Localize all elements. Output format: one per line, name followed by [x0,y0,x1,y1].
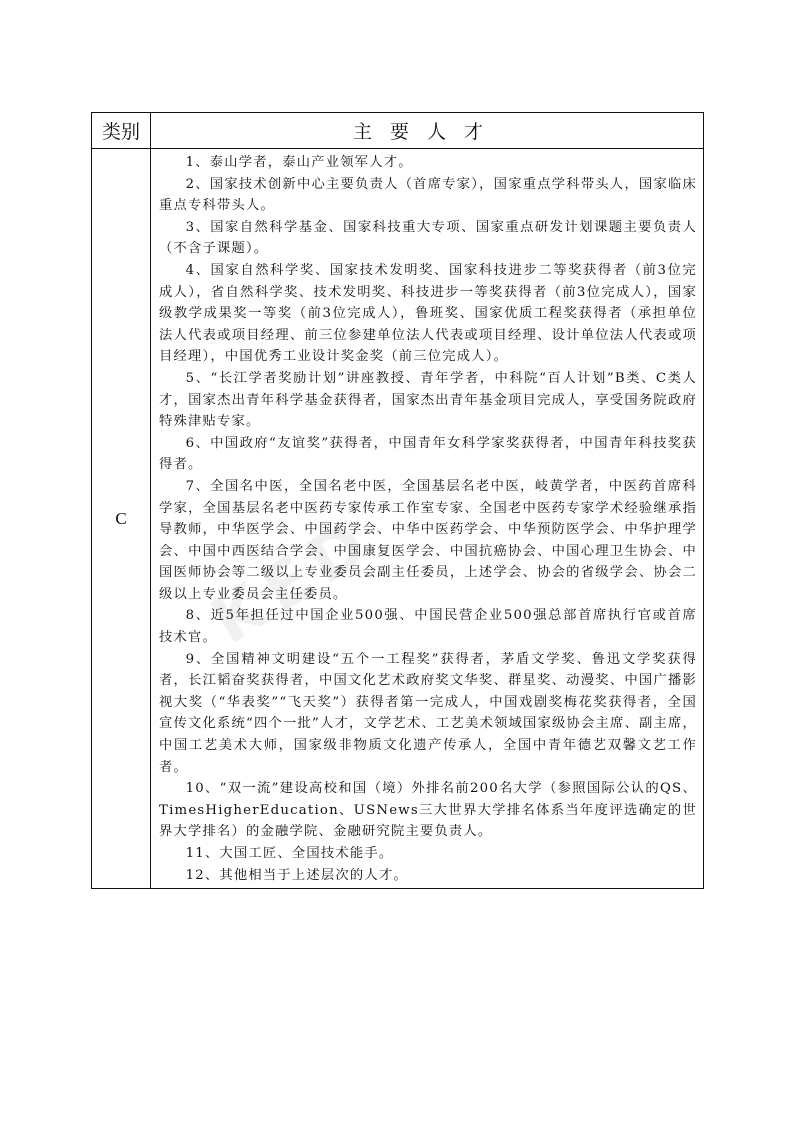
talent-item: 8、近5年担任过中国企业500强、中国民营企业500强总部首席执行官或首席技术官… [159,605,697,648]
table-row: C 1、泰山学者，泰山产业领军人才。 2、国家技术创新中心主要负责人（首席专家）… [92,149,704,889]
talent-item: 9、全国精神文明建设“五个一工程奖”获得者，茅盾文学奖、鲁迅文学奖获得者，长江韬… [159,649,697,779]
talent-item: 12、其他相当于上述层次的人才。 [159,865,697,887]
talent-item: 1、泰山学者，泰山产业领军人才。 [159,152,697,174]
header-main-talent: 主要人才 [151,113,704,149]
talent-category-table: 类别 主要人才 C 1、泰山学者，泰山产业领军人才。 2、国家技术创新中心主要负… [91,112,704,889]
talent-item: 5、“长江学者奖励计划”讲座教授、青年学者，中科院“百人计划”B类、C类人才，国… [159,368,697,433]
category-cell: C [92,149,151,889]
talent-item: 10、“双一流”建设高校和国（境）外排名前200名大学（参照国际公认的QS、Ti… [159,778,697,843]
talent-item: 7、全国名中医，全国名老中医，全国基层名老中医，岐黄学者，中医药首席科学家，全国… [159,476,697,606]
table-header-row: 类别 主要人才 [92,113,704,149]
talent-item: 2、国家技术创新中心主要负责人（首席专家），国家重点学科带头人，国家临床重点专科… [159,174,697,217]
talent-item: 11、大国工匠、全国技术能手。 [159,843,697,865]
document-page: 类别 主要人才 C 1、泰山学者，泰山产业领军人才。 2、国家技术创新中心主要负… [0,0,793,1122]
talent-item: 4、国家自然科学奖、国家技术发明奖、国家科技进步二等奖获得者（前3位完成人），省… [159,260,697,368]
talent-item: 3、国家自然科学基金、国家科技重大专项、国家重点研发计划课题主要负责人（不含子课… [159,217,697,260]
talent-items-cell: 1、泰山学者，泰山产业领军人才。 2、国家技术创新中心主要负责人（首席专家），国… [151,149,704,889]
talent-item: 6、中国政府“友谊奖”获得者，中国青年女科学家奖获得者，中国青年科技奖获得者。 [159,433,697,476]
header-category: 类别 [92,113,151,149]
